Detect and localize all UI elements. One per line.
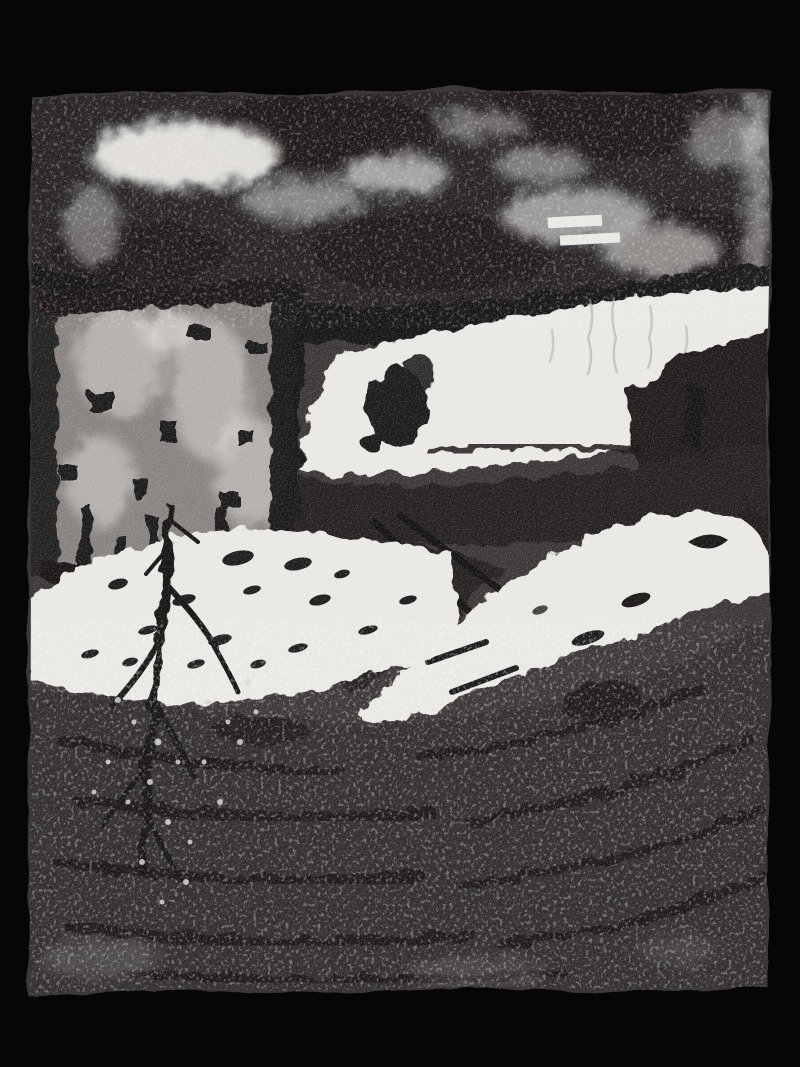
drawing-surface xyxy=(20,80,780,1004)
charcoal-drawing xyxy=(0,0,800,1067)
foreground-fleck-overlay xyxy=(28,620,772,1000)
sky-fleck-overlay xyxy=(28,88,772,328)
artwork-photo xyxy=(0,0,800,1067)
